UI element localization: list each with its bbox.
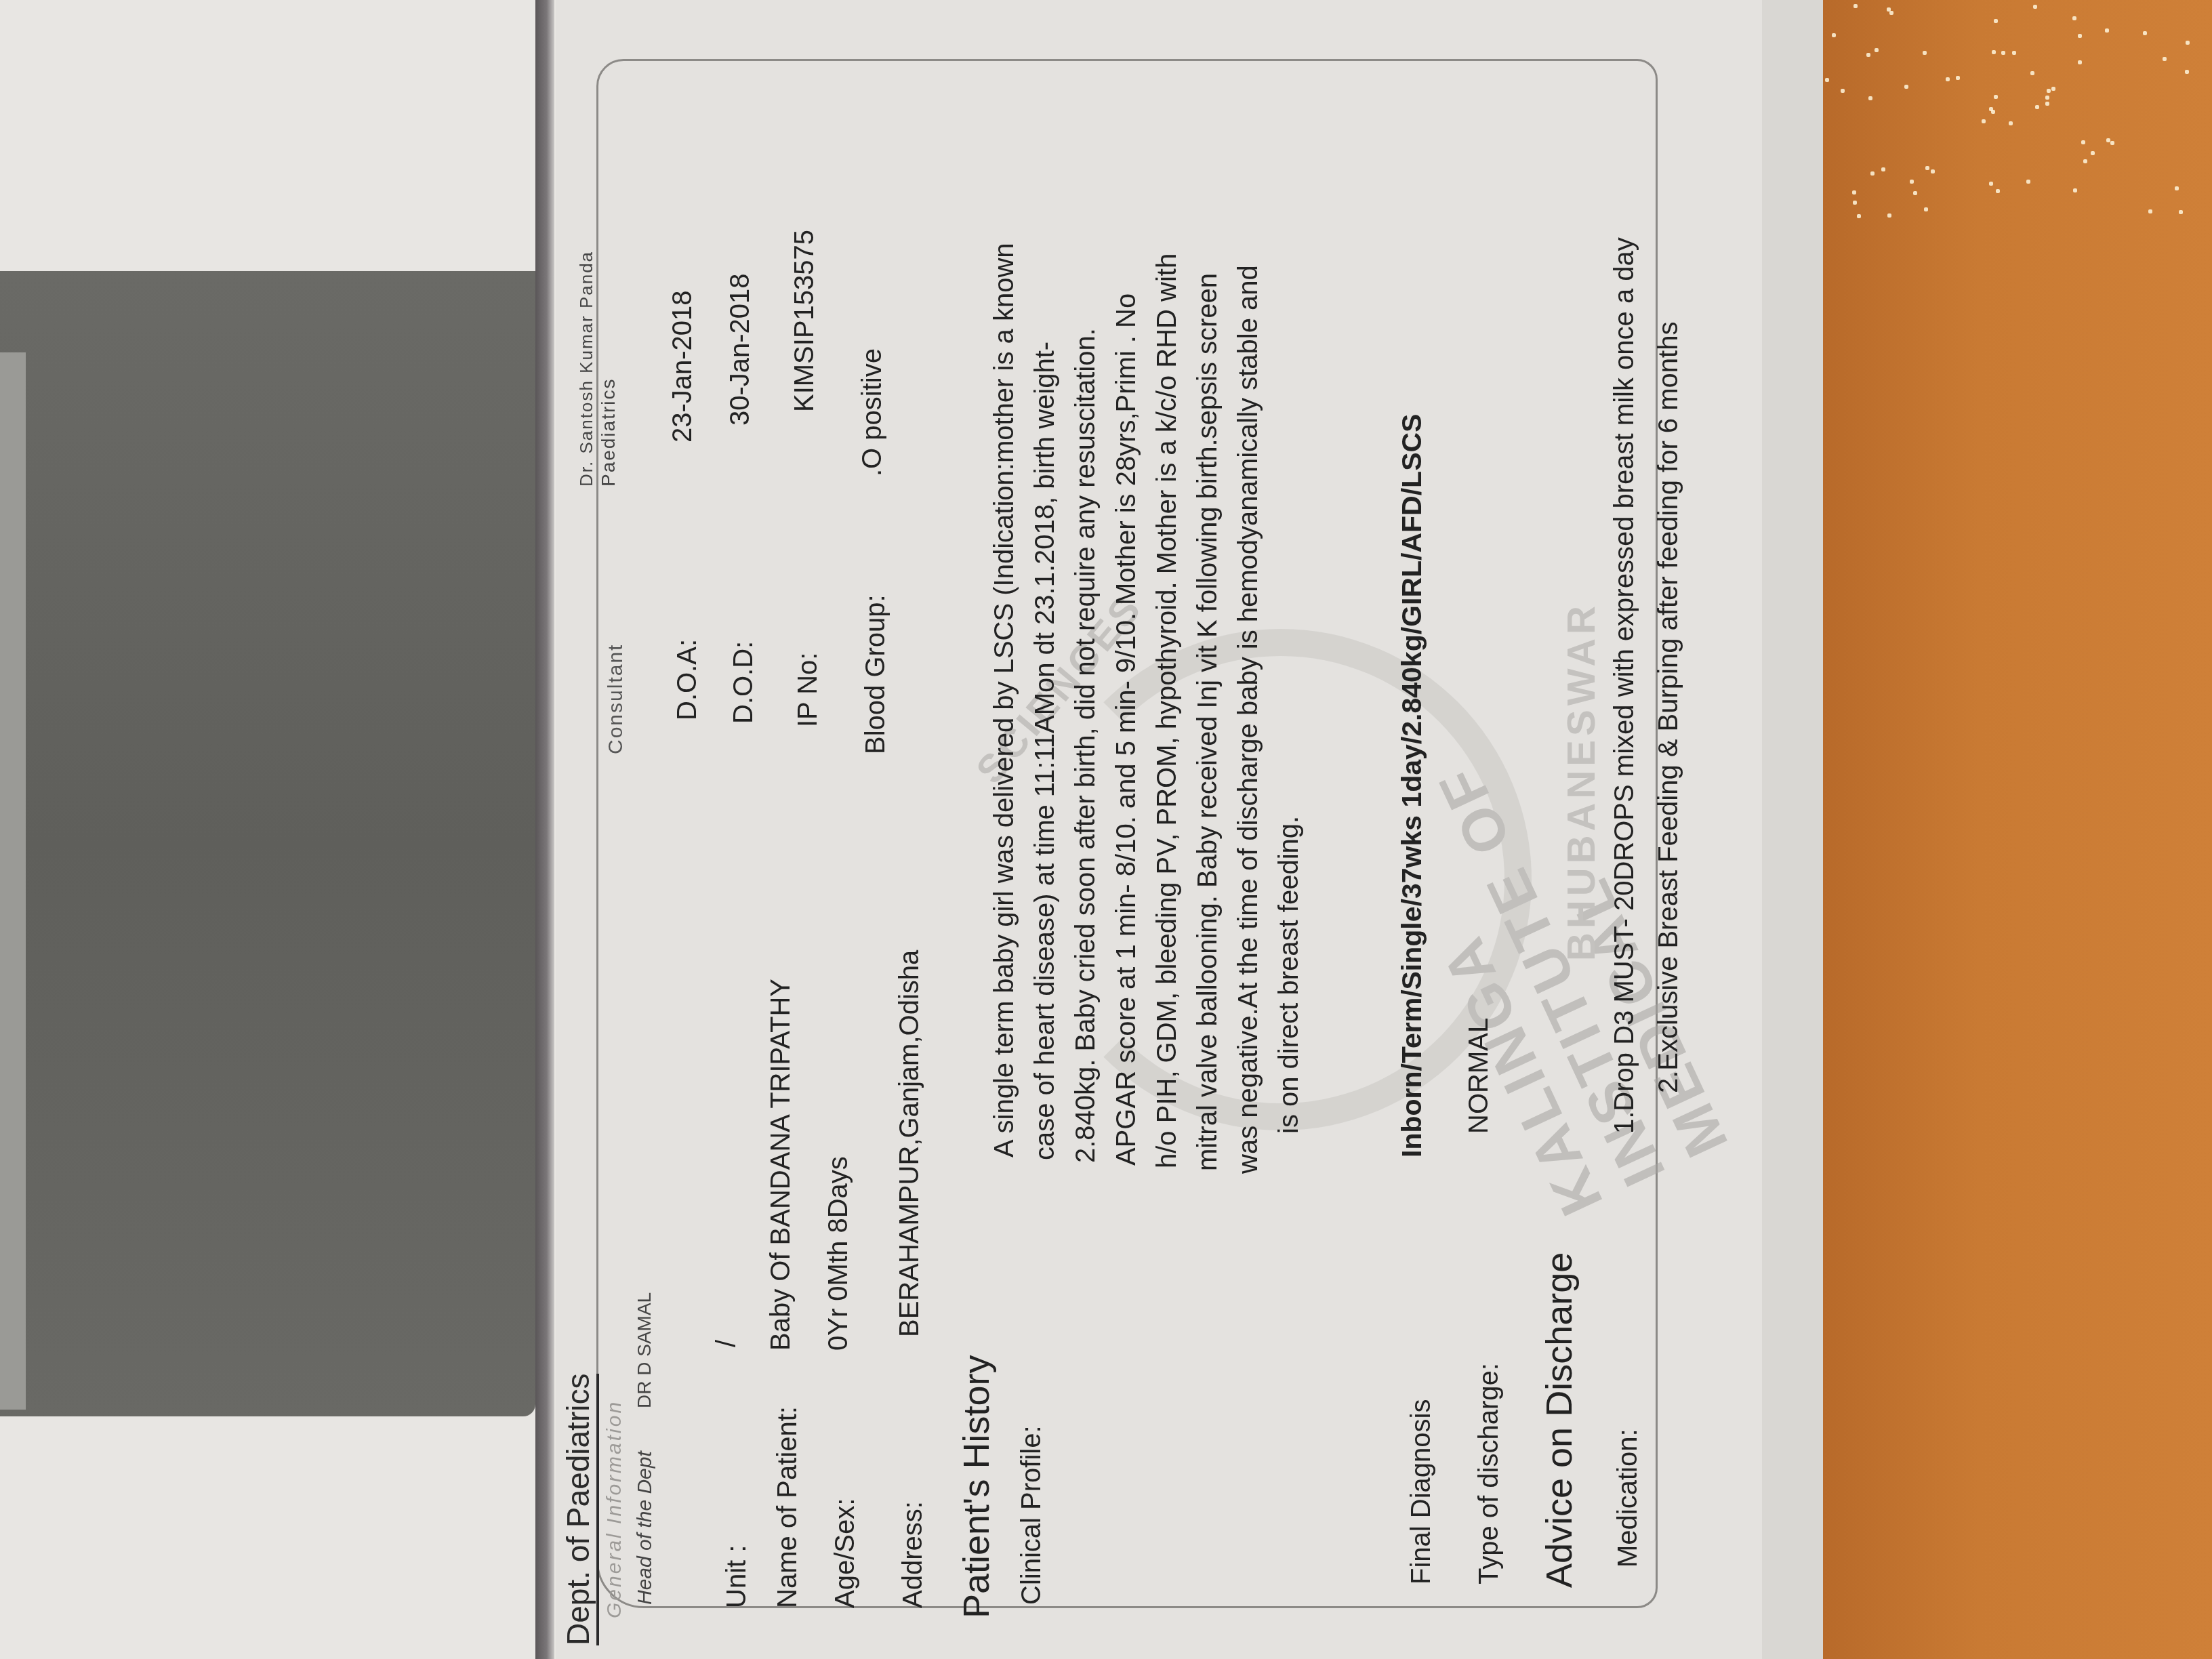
glitter-speck: [1996, 189, 2000, 193]
consultant-name: Dr. Santosh Kumar Panda: [576, 251, 597, 487]
ip-no-value: KIMSIP153575: [790, 230, 820, 412]
age-sex-label: Age/Sex:: [830, 1498, 861, 1608]
glitter-speck: [1982, 119, 1986, 123]
clinical-profile-line: was negative.At the time of discharge ba…: [1233, 265, 1264, 1174]
glitter-speck: [2143, 31, 2147, 35]
glitter-speck: [2083, 159, 2087, 163]
glitter-speck: [1956, 76, 1960, 80]
consultant-dept: Paediatrics: [598, 377, 619, 487]
clinical-profile-line: h/o PIH, GDM, bleeding PV, PROM, hypothy…: [1152, 253, 1183, 1168]
general-information-label: General Information: [603, 1400, 626, 1618]
glitter-speck: [2186, 41, 2190, 45]
glitter-speck: [1904, 85, 1908, 89]
glitter-speck: [1857, 214, 1861, 218]
final-diagnosis-value: Inborn/Term/Single/37wks 1day/2.840kg/GI…: [1396, 414, 1428, 1158]
glitter-speck: [2045, 102, 2049, 106]
clinical-profile-label: Clinical Profile:: [1017, 1425, 1047, 1605]
glitter-speck: [1931, 169, 1935, 173]
glitter-speck: [1868, 96, 1872, 100]
dod-value: 30-Jan-2018: [725, 273, 756, 426]
book-inner-strip: [0, 352, 26, 1410]
glitter-speck: [1910, 180, 1914, 184]
glitter-speck: [1989, 107, 1993, 111]
glitter-speck: [2078, 60, 2082, 64]
glitter-speck: [1870, 171, 1875, 176]
glitter-speck: [1853, 4, 1858, 8]
glitter-speck: [2045, 96, 2049, 100]
unit-value: /: [712, 1340, 742, 1347]
clinical-profile-line: 2.840kg. Baby cried soon after birth, di…: [1071, 328, 1101, 1163]
orange-table-surface: [1823, 0, 2212, 1659]
glitter-speck: [2110, 141, 2114, 145]
glitter-speck: [2078, 34, 2082, 38]
clinical-profile-line: is on direct breast feeding.: [1274, 816, 1305, 1134]
glitter-speck: [2105, 28, 2109, 33]
glitter-speck: [2072, 16, 2076, 20]
address-value: BERAHAMPUR,Ganjam,Odisha: [895, 950, 925, 1337]
age-sex-value: 0Yr 0Mth 8Days: [823, 1156, 854, 1351]
book-gray-panel: [0, 271, 535, 1416]
glitter-speck: [1923, 51, 1927, 55]
left-book-page: [0, 0, 535, 1659]
glitter-speck: [1853, 201, 1857, 205]
glitter-speck: [1994, 95, 1998, 99]
glitter-speck: [2148, 209, 2152, 213]
head-of-dept-value: DR D SAMAL: [634, 1292, 655, 1408]
glitter-speck: [2001, 51, 2005, 55]
ip-no-label: IP No:: [793, 653, 823, 727]
glitter-speck: [2012, 51, 2016, 55]
glitter-speck: [1832, 33, 1836, 37]
consultant-label: Consultant: [605, 644, 628, 754]
glitter-speck: [1994, 19, 1998, 23]
paper-edge: [1762, 0, 1826, 1659]
clinical-profile-line: A single term baby girl was delivered by…: [989, 243, 1020, 1158]
glitter-speck: [2106, 138, 2110, 142]
doa-label: D.O.A:: [672, 639, 703, 720]
final-diagnosis-label: Final Diagnosis: [1406, 1399, 1437, 1584]
glitter-speck: [1875, 48, 1879, 52]
glitter-speck: [2175, 186, 2179, 190]
glitter-speck: [1989, 182, 1993, 186]
glitter-speck: [2033, 5, 2037, 9]
glitter-speck: [1866, 53, 1870, 57]
glitter-speck: [2009, 121, 2013, 125]
patient-name-value: Baby Of BANDANA TRIPATHY: [766, 979, 796, 1351]
glitter-speck: [2179, 210, 2183, 214]
doa-value: 23-Jan-2018: [668, 290, 698, 443]
book-spine: [535, 0, 554, 1659]
glitter-speck: [2026, 180, 2030, 184]
glitter-speck: [2030, 71, 2034, 75]
glitter-speck: [2051, 87, 2055, 91]
discharge-type-label: Type of discharge:: [1474, 1363, 1504, 1584]
glitter-speck: [1887, 7, 1891, 12]
medication-item-1: 1.Drop D3 MUST- 20DROPS mixed with expre…: [1610, 237, 1640, 1134]
medication-item-2: 2.Exclusive Breast Feeding & Burping aft…: [1654, 322, 1684, 1093]
advice-heading: Advice on Discharge: [1538, 1252, 1580, 1588]
glitter-speck: [1992, 50, 1996, 54]
glitter-speck: [2047, 89, 2051, 93]
glitter-speck: [1841, 89, 1845, 93]
clinical-profile-line: case of heart disease) at time 11:11AMon…: [1030, 342, 1061, 1160]
clinical-profile-line: mitral valve ballooning. Baby received I…: [1193, 273, 1223, 1171]
glitter-speck: [2091, 151, 2095, 155]
discharge-summary-sheet: KALINGA INSTITUTE OF MEDICAL SCIENCES BH…: [556, 0, 1762, 1659]
glitter-speck: [1946, 77, 1950, 81]
patient-history-heading: Patient's History: [956, 1355, 998, 1618]
glitter-speck: [1881, 167, 1885, 171]
head-of-dept-label: Head of the Dept: [634, 1451, 657, 1605]
sheet-paper: KALINGA INSTITUTE OF MEDICAL SCIENCES BH…: [556, 0, 1762, 1659]
clinical-profile-line: APGAR score at 1 min- 8/10. and 5 min- 9…: [1111, 293, 1142, 1166]
blood-group-label: Blood Group:: [861, 594, 891, 754]
patient-name-label: Name of Patient:: [773, 1406, 803, 1608]
glitter-speck: [2073, 188, 2077, 192]
glitter-speck: [1825, 78, 1829, 82]
glitter-speck: [1913, 191, 1917, 195]
unit-label: Unit :: [722, 1545, 752, 1608]
glitter-speck: [1852, 190, 1856, 194]
glitter-speck: [1887, 213, 1891, 218]
glitter-speck: [2163, 57, 2167, 61]
discharge-type-value: NORMAL: [1464, 1018, 1494, 1134]
address-label: Address:: [898, 1501, 928, 1608]
blood-group-value: .O positive: [857, 348, 888, 476]
glitter-speck: [1925, 166, 1929, 170]
department-title: Dept. of Paediatrics: [560, 1374, 599, 1645]
glitter-speck: [2081, 140, 2085, 144]
glitter-speck: [1924, 207, 1928, 211]
glitter-speck: [2035, 105, 2039, 109]
glitter-speck: [2185, 70, 2189, 74]
glitter-speck: [1889, 11, 1893, 15]
medication-label: Medication:: [1613, 1429, 1643, 1568]
dod-label: D.O.D:: [729, 641, 759, 724]
